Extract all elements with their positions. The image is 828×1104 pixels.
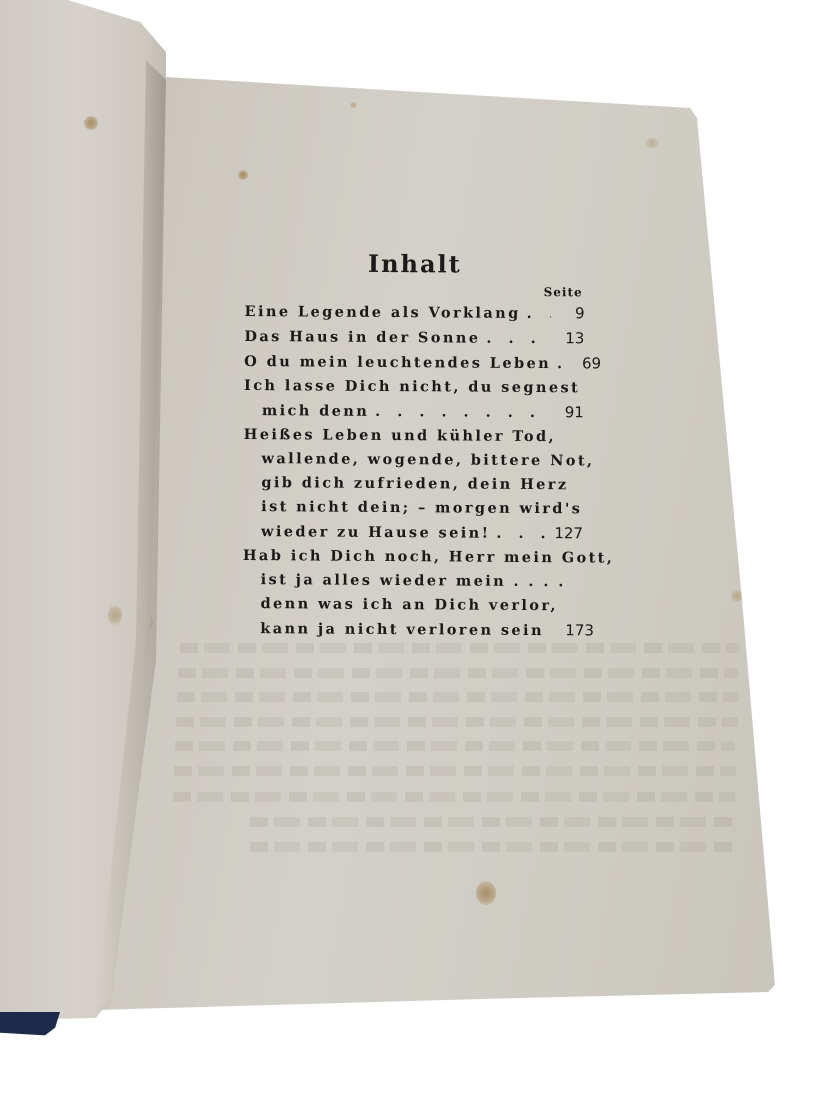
leader-dots: . . . . [490, 522, 549, 546]
toc-entry: Ich lasse Dich nicht, du segnest mich de… [244, 374, 584, 425]
bleed-through-text [174, 766, 736, 776]
entry-title-continued: ist ja alles wieder mein . . . . [261, 568, 566, 594]
entry-title: O du mein leuchtendes Leben [244, 350, 551, 376]
open-book-photo: Inhalt Seite Eine Legende als Vorklang .… [0, 0, 828, 1104]
page-number: 69 [567, 351, 601, 375]
bleed-through-text [175, 741, 735, 751]
toc-entry: Hab ich Dich noch, Herr mein Gott, ist j… [242, 544, 583, 643]
toc-entry: Eine Legende als Vorklang . . 9 [244, 299, 584, 326]
foxing-stain [476, 881, 496, 905]
book-cover-edge [0, 1012, 60, 1038]
table-of-contents: Inhalt Seite Eine Legende als Vorklang .… [242, 248, 585, 643]
foxing-stain [645, 138, 659, 148]
entry-title-continued: gib dich zufrieden, dein Herz [261, 471, 568, 497]
foxing-stain [731, 590, 743, 602]
entry-title-continued: wallende, wogende, bittere Not, [261, 447, 594, 473]
page-number: 173 [560, 618, 594, 642]
page-number: 127 [549, 521, 583, 545]
bleed-through-text [176, 717, 738, 727]
leader-dots: . . . . . . . . . [369, 400, 550, 425]
entry-title: Ich lasse Dich nicht, du segnest [244, 374, 580, 400]
toc-entry: O du mein leuchtendes Leben . . 69 [244, 349, 584, 376]
foxing-stain [108, 605, 122, 625]
entry-title-continued: denn was ich an Dich verlor, [260, 592, 557, 618]
page-number: 91 [550, 400, 584, 424]
foxing-stain [238, 170, 248, 180]
page-number: 13 [550, 326, 584, 350]
entry-title-continued: kann ja nicht verloren sein [260, 617, 544, 643]
entry-title-continued: mich denn [262, 399, 369, 424]
leader-dots: . . [521, 302, 551, 326]
toc-entry: Das Haus in der Sonne . . . . 13 [244, 324, 584, 351]
leader-dots: . . . . [480, 327, 550, 351]
toc-title: Inhalt [275, 248, 555, 279]
entry-title: Heißes Leben und kühler Tod, [244, 423, 556, 449]
bleed-through-text [250, 817, 736, 827]
entry-title: Eine Legende als Vorklang [244, 300, 520, 326]
page-number: 9 [550, 301, 584, 325]
entry-title-continued: ist nicht dein; – morgen wird's [261, 495, 582, 521]
toc-entry: Heißes Leben und kühler Tod, wallende, w… [243, 423, 584, 546]
bleed-through-text [173, 792, 735, 802]
foxing-stain [350, 102, 357, 108]
entry-title: Hab ich Dich noch, Herr mein Gott, [243, 544, 615, 571]
bleed-through-text [250, 842, 736, 852]
bleed-through-text [177, 692, 739, 702]
leader-dots: . . [551, 352, 567, 376]
foxing-stain [84, 116, 98, 130]
bleed-through-text [178, 668, 738, 678]
entry-title-continued: wieder zu Hause sein! [261, 520, 491, 546]
bleed-through-text [180, 643, 740, 653]
page-column-label: Seite [245, 283, 585, 299]
entry-title: Das Haus in der Sonne [244, 325, 480, 351]
